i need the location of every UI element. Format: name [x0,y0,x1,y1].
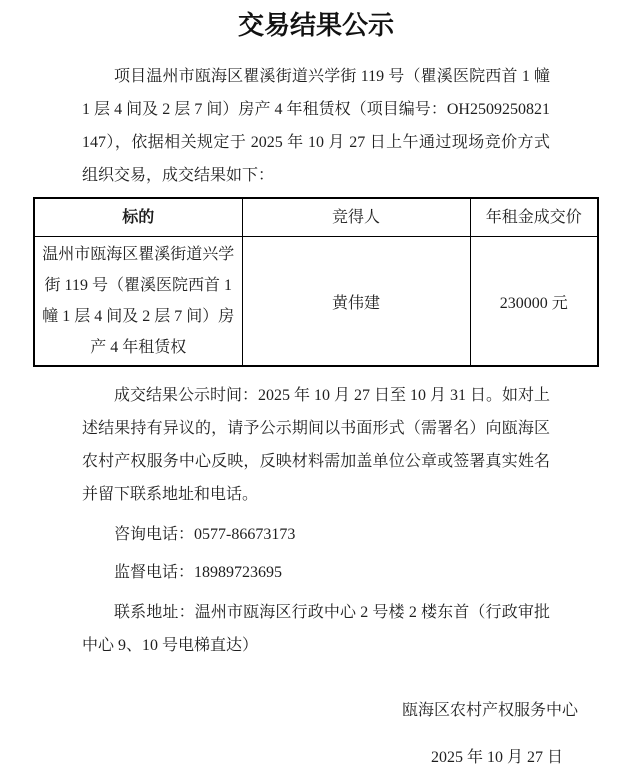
announcement-document: 交易结果公示 项目温州市瓯海区瞿溪街道兴学街 119 号（瞿溪医院西首 1 幢 … [0,0,632,768]
signature-organization: 瓯海区农村产权服务中心 [0,694,578,727]
publicity-notice-paragraph: 成交结果公示时间：2025 年 10 月 27 日至 10 月 31 日。如对上… [82,379,550,511]
table-header-price: 年租金成交价 [470,198,598,237]
table-header-winner: 竞得人 [242,198,470,237]
table-cell-subject: 温州市瓯海区瞿溪街道兴学街 119 号（瞿溪医院西首 1 幢 1 层 4 间及 … [34,237,242,367]
intro-paragraph: 项目温州市瓯海区瞿溪街道兴学街 119 号（瞿溪医院西首 1 幢 1 层 4 间… [82,60,550,192]
result-table: 标的 竞得人 年租金成交价 温州市瓯海区瞿溪街道兴学街 119 号（瞿溪医院西首… [33,197,599,367]
table-row: 温州市瓯海区瞿溪街道兴学街 119 号（瞿溪医院西首 1 幢 1 层 4 间及 … [34,237,598,367]
page-title: 交易结果公示 [0,0,632,42]
consult-phone-line: 咨询电话：0577-86673173 [82,518,550,551]
table-cell-price: 230000 元 [470,237,598,367]
table-cell-winner: 黄伟建 [242,237,470,367]
table-header-row: 标的 竞得人 年租金成交价 [34,198,598,237]
supervision-phone-line: 监督电话：18989723695 [82,556,550,589]
table-header-subject: 标的 [34,198,242,237]
contact-address-line: 联系地址：温州市瓯海区行政中心 2 号楼 2 楼东首（行政审批中心 9、10 号… [82,596,550,662]
signature-date: 2025 年 10 月 27 日 [0,741,563,768]
